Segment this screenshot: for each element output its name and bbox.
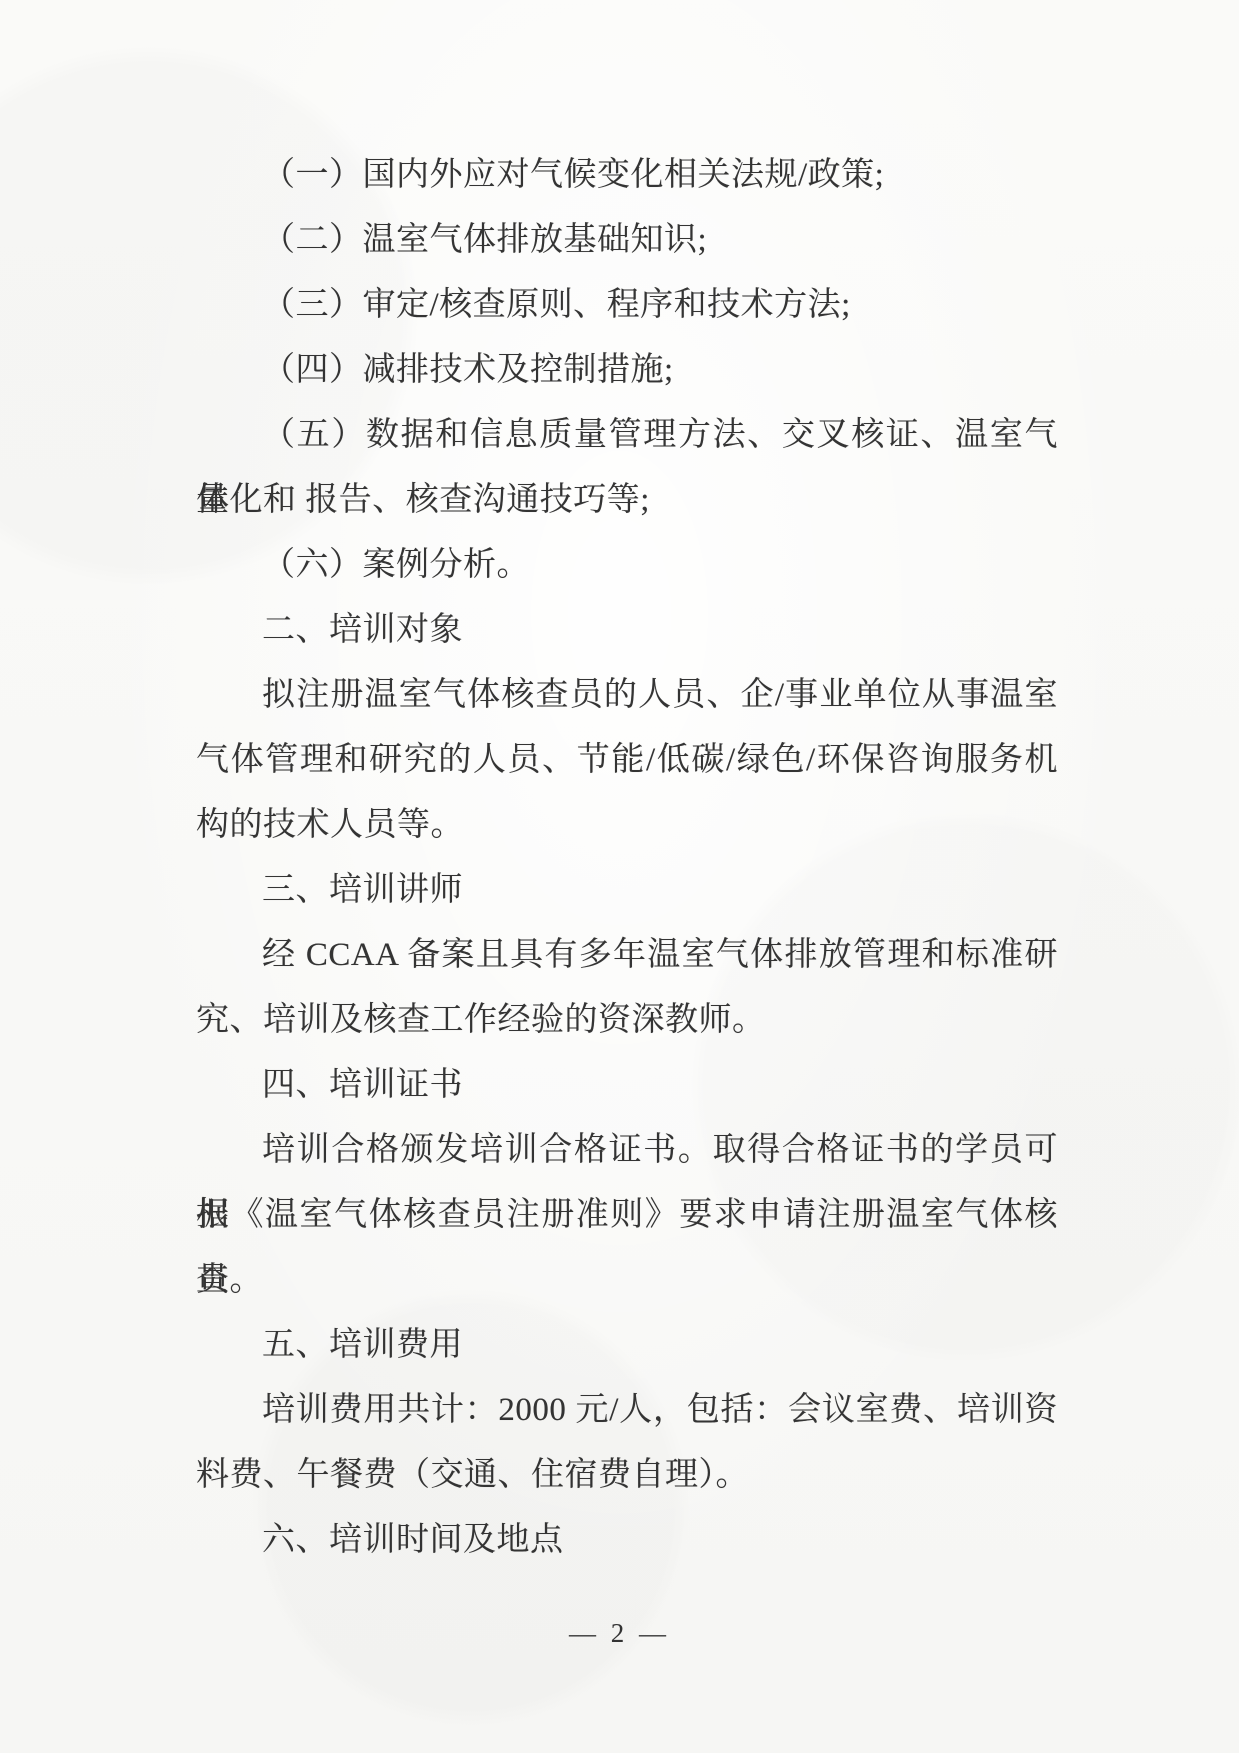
text-line-audience-3: 构的技术人员等。 [196, 793, 1058, 858]
text-line-item-5: （五）数据和信息质量管理方法、交叉核证、温室气体 [196, 403, 1058, 468]
text-line-item-2: （二）温室气体排放基础知识; [196, 208, 1058, 273]
text-line-certificate-1: 培训合格颁发培训合格证书。取得合格证书的学员可根 [196, 1118, 1058, 1183]
text-line-audience-2: 气体管理和研究的人员、节能/低碳/绿色/环保咨询服务机 [196, 728, 1058, 793]
text-line-item-5-cont: 量化和 报告、核查沟通技巧等; [196, 468, 1058, 533]
text-line-item-4: （四）减排技术及控制措施; [196, 338, 1058, 403]
document-body: （一）国内外应对气候变化相关法规/政策; （二）温室气体排放基础知识; （三）审… [196, 143, 1058, 1573]
text-line-item-1: （一）国内外应对气候变化相关法规/政策; [196, 143, 1058, 208]
heading-training-audience: 二、培训对象 [196, 598, 1058, 663]
text-line-audience-1: 拟注册温室气体核查员的人员、企/事业单位从事温室 [196, 663, 1058, 728]
text-line-fee-2: 料费、午餐费（交通、住宿费自理）。 [196, 1443, 1058, 1508]
text-line-item-6: （六）案例分析。 [196, 533, 1058, 598]
text-line-certificate-3: 员。 [196, 1248, 1058, 1313]
text-line-lecturers-1: 经 CCAA 备案且具有多年温室气体排放管理和标准研 [196, 923, 1058, 988]
page-number: — 2 — [0, 1613, 1239, 1653]
text-line-certificate-2: 据《温室气体核查员注册准则》要求申请注册温室气体核查 [196, 1183, 1058, 1248]
text-line-lecturers-2: 究、培训及核查工作经验的资深教师。 [196, 988, 1058, 1053]
heading-training-lecturers: 三、培训讲师 [196, 858, 1058, 923]
text-line-item-3: （三）审定/核查原则、程序和技术方法; [196, 273, 1058, 338]
heading-training-certificate: 四、培训证书 [196, 1053, 1058, 1118]
text-line-fee-1: 培训费用共计：2000 元/人，包括：会议室费、培训资 [196, 1378, 1058, 1443]
heading-training-time-place: 六、培训时间及地点 [196, 1508, 1058, 1573]
document-page: （一）国内外应对气候变化相关法规/政策; （二）温室气体排放基础知识; （三）审… [0, 0, 1239, 1753]
heading-training-fee: 五、培训费用 [196, 1313, 1058, 1378]
